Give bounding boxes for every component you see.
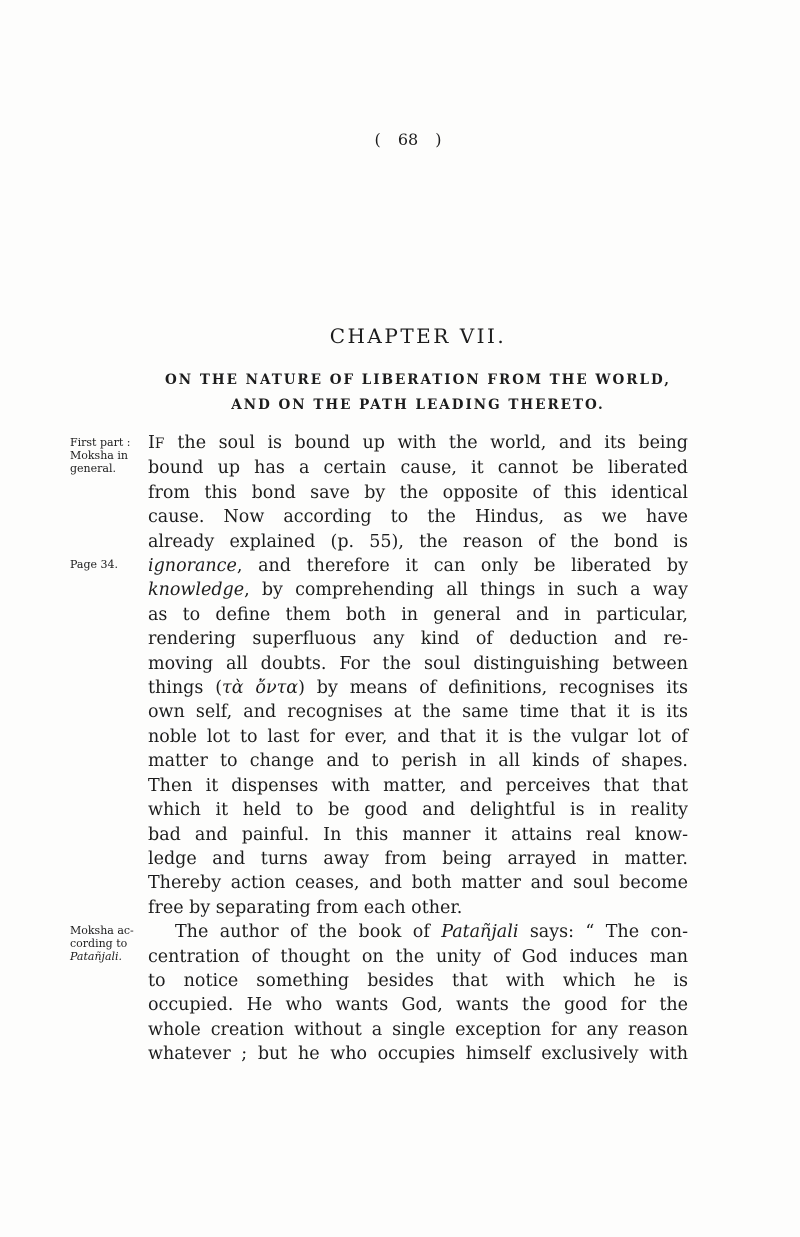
text-segment: ledge and turns away from being arrayed … xyxy=(148,849,688,869)
text-line: from this bond save by the opposite of t… xyxy=(148,481,688,505)
text-segment: says: “ The con- xyxy=(518,922,688,942)
text-segment: which it held to be good and delightful … xyxy=(148,800,688,820)
margin-note-line: general. xyxy=(70,462,146,475)
text-segment: rendering superfluous any kind of deduct… xyxy=(148,629,688,649)
text-segment: to notice something besides that with wh… xyxy=(148,971,688,991)
text-segment: things ( xyxy=(148,678,222,698)
text-segment: ON THE NATURE OF LIBERATION FROM THE WOR… xyxy=(165,372,671,388)
text-segment: bad and painful. In this manner it attai… xyxy=(148,825,688,845)
text-segment: Moksha in xyxy=(70,449,128,462)
text-segment: whatever ; but he who occupies himself e… xyxy=(148,1044,688,1064)
text-line: ignorance, and therefore it can only be … xyxy=(148,554,688,578)
chapter-title: CHAPTER VII. xyxy=(128,324,708,348)
text-segment: as to define them both in general and in… xyxy=(148,605,688,625)
text-segment: general. xyxy=(70,462,116,475)
text-segment: noble lot to last for ever, and that it … xyxy=(148,727,688,747)
text-line: Then it dispenses with matter, and perce… xyxy=(148,774,688,798)
text-segment: , by comprehending all things in such a … xyxy=(244,580,688,600)
text-line: things (τὰ ὄντα) by means of definitions… xyxy=(148,676,688,700)
text-line: knowledge, by comprehending all things i… xyxy=(148,578,688,602)
text-line: as to define them both in general and in… xyxy=(148,603,688,627)
text-segment: AND ON THE PATH LEADING THERETO. xyxy=(231,397,604,413)
text-line: rendering superfluous any kind of deduct… xyxy=(148,627,688,651)
text-segment: already explained (p. 55), the reason of… xyxy=(148,532,688,552)
text-segment: occupied. He who wants God, wants the go… xyxy=(148,995,688,1015)
text-line: ledge and turns away from being arrayed … xyxy=(148,847,688,871)
text-line: noble lot to last for ever, and that it … xyxy=(148,725,688,749)
margin-note-line: Patañjali. xyxy=(70,950,146,963)
text-segment: the soul is bound up with the world, and… xyxy=(165,433,688,453)
text-segment: τὰ ὄντα xyxy=(222,678,298,698)
margin-note-line: Moksha ac- xyxy=(70,924,146,937)
text-line: matter to change and to perish in all ki… xyxy=(148,749,688,773)
text-segment: moving all doubts. For the soul distingu… xyxy=(148,654,688,674)
text-line: which it held to be good and delightful … xyxy=(148,798,688,822)
text-segment: cause. Now according to the Hindus, as w… xyxy=(148,507,688,527)
text-segment: cording to xyxy=(70,937,127,950)
text-line: The author of the book of Patañjali says… xyxy=(148,920,688,944)
text-segment: ignorance xyxy=(148,556,237,576)
text-segment: centration of thought on the unity of Go… xyxy=(148,947,688,967)
text-line: moving all doubts. For the soul distingu… xyxy=(148,652,688,676)
subtitle-line: AND ON THE PATH LEADING THERETO. xyxy=(108,393,728,418)
text-segment: Then it dispenses with matter, and perce… xyxy=(148,776,688,796)
text-segment: Moksha ac- xyxy=(70,924,134,937)
text-segment: whole creation without a single exceptio… xyxy=(148,1020,688,1040)
text-line: bound up has a certain cause, it cannot … xyxy=(148,456,688,480)
text-segment: Patañjali. xyxy=(70,950,122,963)
text-segment: Patañjali xyxy=(441,922,518,942)
margin-note-line: First part : xyxy=(70,436,146,449)
text-line: Thereby action ceases, and both matter a… xyxy=(148,871,688,895)
text-segment: First part : xyxy=(70,436,130,449)
text-line: centration of thought on the unity of Go… xyxy=(148,945,688,969)
text-segment: knowledge xyxy=(148,580,244,600)
text-segment: from this bond save by the opposite of t… xyxy=(148,483,688,503)
text-line: whatever ; but he who occupies himself e… xyxy=(148,1042,688,1066)
margin-note: Page 34. xyxy=(70,558,146,571)
text-line: occupied. He who wants God, wants the go… xyxy=(148,993,688,1017)
text-segment: f xyxy=(155,436,165,452)
text-line: bad and painful. In this manner it attai… xyxy=(148,823,688,847)
margin-note-line: Moksha in xyxy=(70,449,146,462)
text-line: whole creation without a single exceptio… xyxy=(148,1018,688,1042)
body-text: If the soul is bound up with the world, … xyxy=(148,431,688,1067)
margin-note-line: cording to xyxy=(70,937,146,950)
text-segment: free by separating from each other. xyxy=(148,898,462,918)
text-segment: own self, and recognises at the same tim… xyxy=(148,702,688,722)
text-segment: ) by means of definitions, recognises it… xyxy=(298,678,688,698)
text-line: own self, and recognises at the same tim… xyxy=(148,700,688,724)
text-segment: Thereby action ceases, and both matter a… xyxy=(148,873,688,893)
text-segment: I xyxy=(148,433,155,453)
chapter-subtitle: ON THE NATURE OF LIBERATION FROM THE WOR… xyxy=(108,368,728,418)
text-line: free by separating from each other. xyxy=(148,896,688,920)
margin-note: First part :Moksha ingeneral. xyxy=(70,436,146,475)
margin-note: Moksha ac-cording toPatañjali. xyxy=(70,924,146,963)
text-segment: matter to change and to perish in all ki… xyxy=(148,751,688,771)
text-segment: The author of the book of xyxy=(175,922,441,942)
text-line: cause. Now according to the Hindus, as w… xyxy=(148,505,688,529)
subtitle-line: ON THE NATURE OF LIBERATION FROM THE WOR… xyxy=(108,368,728,393)
text-segment: , and therefore it can only be liberated… xyxy=(237,556,688,576)
text-segment: Page 34. xyxy=(70,558,118,571)
book-page: ( 68 ) CHAPTER VII. ON THE NATURE OF LIB… xyxy=(0,0,800,1237)
paragraph: If the soul is bound up with the world, … xyxy=(148,431,688,920)
paragraph: The author of the book of Patañjali says… xyxy=(148,920,688,1066)
margin-note-line: Page 34. xyxy=(70,558,146,571)
page-number: ( 68 ) xyxy=(128,130,688,149)
text-line: If the soul is bound up with the world, … xyxy=(148,431,688,456)
text-line: to notice something besides that with wh… xyxy=(148,969,688,993)
text-segment: bound up has a certain cause, it cannot … xyxy=(148,458,688,478)
text-line: already explained (p. 55), the reason of… xyxy=(148,530,688,554)
